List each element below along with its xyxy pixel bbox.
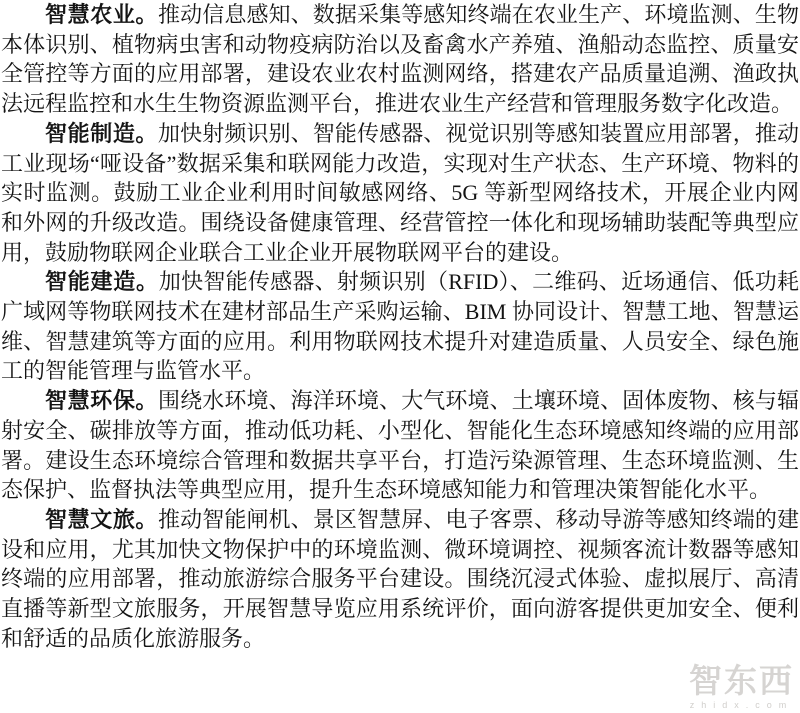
paragraph-intelligent-construction: 智能建造。加快智能传感器、射频识别（RFID）、二维码、近场通信、低功耗广域网等… [1,267,799,386]
paragraph-heading: 智慧环保。 [45,388,158,413]
paragraph-intelligent-manufacturing: 智能制造。加快射频识别、智能传感器、视觉识别等感知装置应用部署，推动工业现场“哑… [1,119,799,268]
paragraph-heading: 智能制造。 [45,121,158,146]
paragraph-heading: 智能建造。 [45,269,159,294]
paragraph-smart-environment: 智慧环保。围绕水环境、海洋环境、大气环境、土壤环境、固体废物、核与辐射安全、碳排… [1,386,799,505]
watermark-url: zhidx.com [689,699,794,711]
watermark-logo: 智东西 [689,663,794,699]
watermark: 智东西 zhidx.com [689,663,794,711]
paragraph-smart-agriculture: 智慧农业。推动信息感知、数据采集等感知终端在农业生产、环境监测、生物本体识别、植… [1,0,799,119]
paragraph-heading: 智慧农业。 [45,2,158,27]
paragraph-heading: 智慧文旅。 [45,507,158,532]
document-page: 智慧农业。推动信息感知、数据采集等感知终端在农业生产、环境监测、生物本体识别、植… [0,0,800,713]
paragraph-smart-culture-tourism: 智慧文旅。推动智能闸机、景区智慧屏、电子客票、移动导游等感知终端的建设和应用，尤… [1,505,799,654]
